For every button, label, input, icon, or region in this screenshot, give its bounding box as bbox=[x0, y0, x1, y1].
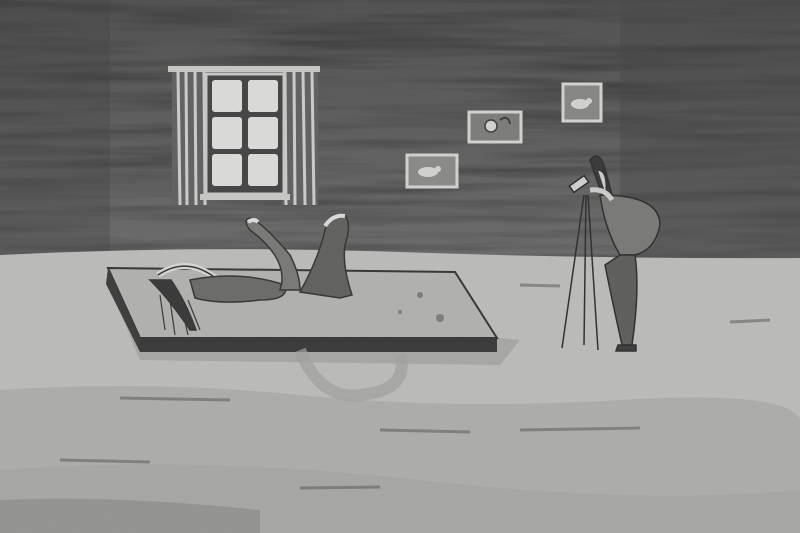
artwork bbox=[0, 0, 800, 533]
etching-scene: Interior scene: a nude figure reclines o… bbox=[0, 0, 800, 533]
